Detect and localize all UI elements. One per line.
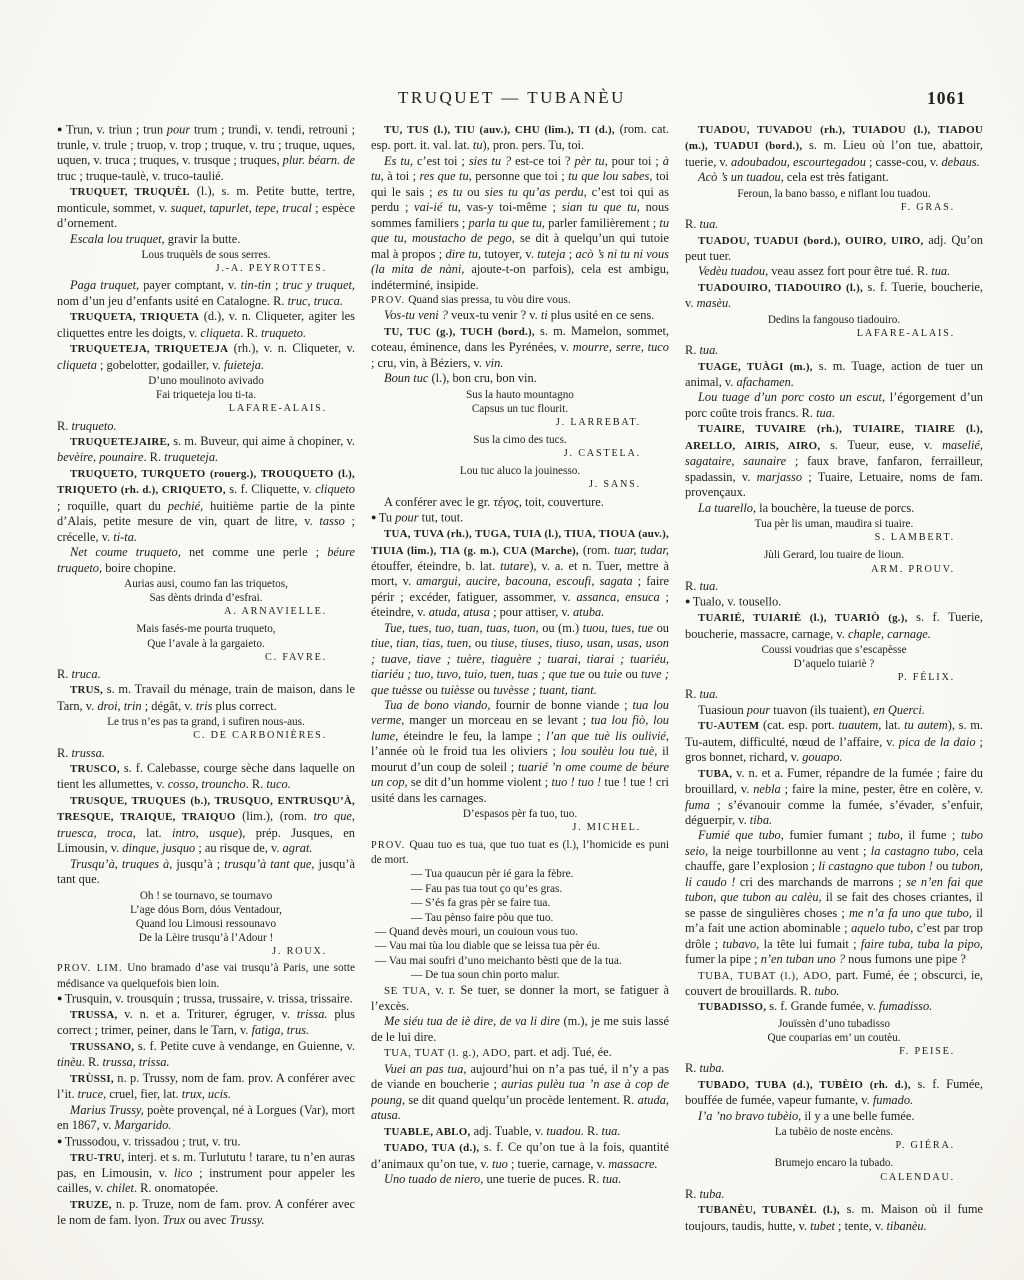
verse-line: Sus la hauto mountagno: [371, 388, 669, 402]
example-paragraph: Marius Trussy, poète provençal, né à Lor…: [57, 1103, 355, 1134]
headword: TRUQUETEJAIRE,: [70, 436, 170, 448]
dictionary-entry: TUADO, TUA (d.), s. f. Ce qu’on tue à la…: [371, 1140, 669, 1172]
verse-line: Jùli Gerard, lou tuaire de lioun.: [685, 548, 983, 562]
verse-line: Oh ! se tournavo, se tournavo: [57, 889, 355, 903]
dictionary-entry: TRUSQUE, TRUQUES (b.), TRUSQUO, ENTRUSQU…: [57, 793, 355, 857]
dictionary-entry: TUBADISSO, s. f. Grande fumée, v. fumadi…: [685, 999, 983, 1015]
dictionary-entry: TU, TUC (g.), TUCH (bord.), s. m. Mamelo…: [371, 324, 669, 371]
citation-author: J. ROUX.: [57, 945, 355, 961]
example-paragraph: Net coume truqueto, net comme une perle …: [57, 545, 355, 576]
citation-author: LAFARE-ALAIS.: [685, 327, 983, 343]
proverb-item: — De tua soun chin porto malur.: [371, 968, 669, 982]
example-paragraph: Boun tuc (l.), bon cru, bon vin.: [371, 371, 669, 386]
dictionary-entry: TUABLE, ABLO, adj. Tuable, v. tuadou. R.…: [371, 1124, 669, 1140]
column-2: TU, TUS (l.), TIU (auv.), CHU (lim.), TI…: [371, 122, 669, 1232]
cross-reference-note: ● Trun, v. triun ; trun pour trum ; trun…: [57, 122, 355, 184]
verse-quote: Sus la hauto mountagnoCapsus un tuc flou…: [371, 387, 669, 416]
verse-line: Que couparias em’ un coutèu.: [685, 1031, 983, 1045]
proverb-paragraph: PROV. Quau tuo es tua, que tuo tuat es (…: [371, 838, 669, 868]
verse-line: Dedins la fangouso tiadouiro.: [685, 313, 983, 327]
verse-line: La tubèio de noste encèns.: [685, 1125, 983, 1139]
etymology-ref: R. truqueto.: [57, 419, 355, 434]
dictionary-entry: TRUQUETO, TURQUETO (rouerg.), TROUQUETO …: [57, 466, 355, 545]
bullet-icon: ●: [57, 993, 65, 1003]
proverb-item: — Tua quaucun pèr ié gara la fèbre.: [371, 867, 669, 881]
verse-quote: Feroun, la bano basso, e niflant lou tua…: [685, 186, 983, 201]
headword: TRUSSANO,: [70, 1041, 134, 1053]
verse-line: Coussi voudrias que s’escapèsse: [685, 643, 983, 657]
column-1: ● Trun, v. triun ; trun pour trum ; trun…: [57, 122, 355, 1232]
cross-reference-note: ● Trusquin, v. trousquin ; trussa, truss…: [57, 991, 355, 1007]
cross-reference-note: ● Tsasquioun, v. chascun ; tsaudre, v. c…: [57, 1229, 355, 1232]
citation-author: A. ARNAVIELLE.: [57, 605, 355, 621]
headword: TUADO, TUA (d.),: [384, 1142, 479, 1154]
etymology-ref: R. tua.: [685, 687, 983, 702]
proverb-item: — Vau mai tùa lou diable que se leissa t…: [371, 939, 669, 953]
example-paragraph: Lou tuage d’un porc costo un escut, l’ég…: [685, 390, 983, 421]
example-paragraph: Escala lou truquet, gravir la butte.: [57, 232, 355, 247]
headword: TUBA,: [698, 768, 732, 780]
dictionary-entry: TUBANÈU, TUBANÈL (l.), s. m. Maison où i…: [685, 1202, 983, 1232]
headword: TUBA, TUBAT (l.), ADO,: [698, 970, 832, 982]
headword: TU-AUTEM: [698, 720, 759, 732]
etymology-ref: R. tua.: [685, 343, 983, 358]
citation-author: P. GIÉRA.: [685, 1139, 983, 1155]
dictionary-subentry: SE TUA, v. r. Se tuer, se donner la mort…: [371, 983, 669, 1015]
verse-quote: Sus la cimo des tucs.: [371, 432, 669, 447]
citation-author: F. GRAS.: [685, 201, 983, 217]
example-paragraph: La tuarello, la bouchère, la tueuse de p…: [685, 501, 983, 516]
headword: TUBADO, TUBA (d.), TUBÈIO (rh. d.),: [698, 1079, 911, 1091]
example-paragraph: Es tu, c’est toi ; sies tu ? est-ce toi …: [371, 154, 669, 293]
citation-author: P. FÉLIX.: [685, 671, 983, 687]
headword: TRÙSSI,: [70, 1073, 114, 1085]
verse-quote: Jouïssèn d’uno tubadissoQue couparias em…: [685, 1016, 983, 1045]
citation-author: J. SANS.: [371, 478, 669, 494]
example-paragraph: I’a ’no bravo tubèio, il y a une belle f…: [685, 1109, 983, 1124]
proverb-item: — Quand devès mouri, un couioun vous tuo…: [371, 925, 669, 939]
citation-author: C. DE CARBONIÈRES.: [57, 729, 355, 745]
verse-quote: Lous truquèls de sous serres.: [57, 247, 355, 262]
cross-reference-note: ● Trussodou, v. trissadou ; trut, v. tru…: [57, 1134, 355, 1150]
verse-line: Feroun, la bano basso, e niflant lou tua…: [685, 187, 983, 201]
dictionary-entry: TU, TUS (l.), TIU (auv.), CHU (lim.), TI…: [371, 122, 669, 154]
headword: TRUSSA,: [70, 1009, 117, 1021]
etymology-ref: R. tuba.: [685, 1187, 983, 1202]
proverb-item: — S’és fa gras pèr se faire tua.: [371, 896, 669, 910]
verse-line: D’aquelo tuiariè ?: [685, 657, 983, 671]
dash-icon: —: [411, 868, 425, 880]
verse-line: D’uno moulinoto avivado: [57, 374, 355, 388]
dictionary-entry: TUBA, v. n. et a. Fumer, répandre de la …: [685, 766, 983, 829]
dictionary-entry: TU-AUTEM (cat. esp. port. tuautem, lat. …: [685, 718, 983, 765]
citation-author: J.-A. PEYROTTES.: [57, 262, 355, 278]
dictionary-entry: TUADOU, TUADUI (bord.), OUIRO, UIRO, adj…: [685, 233, 983, 265]
example-paragraph: Uno tuado de niero, une tuerie de puces.…: [371, 1172, 669, 1187]
headword: TRUQUET, TRUQUÈL: [70, 186, 190, 198]
dictionary-entry: TRUS, s. m. Travail du ménage, train de …: [57, 682, 355, 714]
verse-quote: Coussi voudrias que s’escapèsseD’aquelo …: [685, 642, 983, 671]
example-paragraph: Acò ’s un tuadou, cela est très fatigant…: [685, 170, 983, 185]
dash-icon: —: [411, 883, 425, 895]
verse-quote: D’espasos pèr fa tuo, tuo.: [371, 806, 669, 821]
verse-line: Tua pèr lis uman, maudira si tuaire.: [685, 517, 983, 531]
headword: TUADOU, TUADUI (bord.), OUIRO, UIRO,: [698, 235, 923, 247]
dash-icon: —: [411, 912, 425, 924]
verse-quote: Oh ! se tournavo, se tournavoL’age dóus …: [57, 888, 355, 945]
citation-author: ARM. PROUV.: [685, 563, 983, 579]
prov-label: PROV.: [371, 295, 405, 306]
etymology-ref: R. tuba.: [685, 1061, 983, 1076]
dictionary-page: TRUQUET — TUBANÈU 1061 ● Trun, v. triun …: [0, 0, 1024, 1280]
verse-line: Lou tuc aluco la jouinesso.: [371, 464, 669, 478]
dictionary-entry: TUADOUIRO, TIADOUIRO (l.), s. f. Tuerie,…: [685, 280, 983, 312]
dash-icon: —: [375, 940, 389, 952]
headword: TRU-TRU,: [70, 1152, 124, 1164]
verse-quote: Lou tuc aluco la jouinesso.: [371, 463, 669, 478]
headword: TUADOUIRO, TIADOUIRO (l.),: [698, 282, 863, 294]
proverb-item: — Fau pas tua tout ço qu’es gras.: [371, 882, 669, 896]
citation-author: S. LAMBERT.: [685, 531, 983, 547]
verse-line: Aurias ausi, coumo fan las triquetos,: [57, 577, 355, 591]
example-paragraph: Tuasioun pour tuavon (ils tuaient), en Q…: [685, 703, 983, 718]
proverb-paragraph: PROV. LIM. Uno bramado d’ase vai trusqu’…: [57, 961, 355, 991]
headword: TUA, TUAT (l. g.), ADO,: [384, 1047, 511, 1059]
verse-quote: Le trus n’es pas ta grand, i sufiren nou…: [57, 714, 355, 729]
verse-line: Capsus un tuc flourit.: [371, 402, 669, 416]
etymology-ref: R. truca.: [57, 667, 355, 682]
example-paragraph: Trusqu’à, truques à, jusqu’à ; trusqu’à …: [57, 857, 355, 888]
dictionary-entry: TRUSCO, s. f. Calebasse, courge sèche da…: [57, 761, 355, 793]
dash-icon: —: [375, 926, 389, 938]
prov-label: PROV. LIM.: [57, 963, 123, 974]
bullet-icon: ●: [57, 1136, 65, 1146]
headword: TRUSCO,: [70, 763, 120, 775]
example-paragraph: Tua de bono viando, fournir de bonne via…: [371, 698, 669, 806]
etymology-ref: R. tua.: [685, 217, 983, 232]
headword: TUAGE, TUÀGI (m.),: [698, 361, 813, 373]
dictionary-entry: TUAGE, TUÀGI (m.), s. m. Tuage, action d…: [685, 359, 983, 391]
verse-quote: Jùli Gerard, lou tuaire de lioun.: [685, 547, 983, 562]
dictionary-entry: TRU-TRU, interj. et s. m. Turlututu ! ta…: [57, 1150, 355, 1197]
column-3: TUADOU, TUVADOU (rh.), TUIADOU (l.), TIA…: [685, 122, 983, 1232]
verse-quote: Dedins la fangouso tiadouiro.: [685, 312, 983, 327]
dictionary-entry: TUARIÉ, TUIARIÈ (l.), TUARIÒ (g.), s. f.…: [685, 610, 983, 642]
page-header: TRUQUET — TUBANÈU 1061: [0, 88, 1024, 114]
verse-line: Sus la cimo des tucs.: [371, 433, 669, 447]
bullet-icon: ●: [371, 512, 379, 522]
dictionary-entry: TRÙSSI, n. p. Trussy, nom de fam. prov. …: [57, 1071, 355, 1103]
dictionary-entry: TRUSSANO, s. f. Petite cuve à vendange, …: [57, 1039, 355, 1071]
verse-quote: Aurias ausi, coumo fan las triquetos,Sas…: [57, 576, 355, 605]
cross-reference-note: ● Tualo, v. tousello.: [685, 594, 983, 610]
citation-author: J. CASTELA.: [371, 447, 669, 463]
citation-author: F. PEISE.: [685, 1045, 983, 1061]
verse-line: Fai triqueteja lou ti-ta.: [57, 388, 355, 402]
dictionary-entry: TUADOU, TUVADOU (rh.), TUIADOU (l.), TIA…: [685, 122, 983, 170]
cross-reference-note: ● Tu pour tut, tout.: [371, 510, 669, 526]
example-paragraph: Paga truquet, payer comptant, v. tin-tin…: [57, 278, 355, 309]
headword: TRUZE,: [70, 1199, 112, 1211]
verse-line: D’espasos pèr fa tuo, tuo.: [371, 807, 669, 821]
verse-line: Que l’avale à la gargaieto.: [57, 637, 355, 651]
dictionary-entry: TRUQUETEJA, TRIQUETEJA (rh.), v. n. Cliq…: [57, 341, 355, 373]
dictionary-entry: TRUZE, n. p. Truze, nom de fam. prov. A …: [57, 1197, 355, 1229]
dictionary-entry: TRUQUETA, TRIQUETA (d.), v. n. Cliqueter…: [57, 309, 355, 341]
headword: SE TUA,: [384, 985, 430, 997]
proverb-item: — Tau pènso faire pòu que tuo.: [371, 911, 669, 925]
verse-quote: Brumejo encaro la tubado.: [685, 1155, 983, 1170]
verse-quote: Tua pèr lis uman, maudira si tuaire.: [685, 516, 983, 531]
example-paragraph: Fumié que tubo, fumier fumant ; tubo, il…: [685, 828, 983, 967]
verse-line: Jouïssèn d’uno tubadisso: [685, 1017, 983, 1031]
citation-author: CALENDAU.: [685, 1171, 983, 1187]
running-title: TRUQUET — TUBANÈU: [0, 88, 1024, 108]
headword: TU, TUS (l.), TIU (auv.), CHU (lim.), TI…: [384, 124, 615, 136]
dictionary-entry: TRUQUET, TRUQUÈL (l.), s. m. Petite butt…: [57, 184, 355, 231]
headword: TUBADISSO,: [698, 1001, 766, 1013]
proverb-paragraph: PROV. Quand sias pressa, tu vòu dire vou…: [371, 293, 669, 308]
prov-label: PROV.: [371, 840, 405, 851]
headword: TUARIÉ, TUIARIÈ (l.), TUARIÒ (g.),: [698, 612, 908, 624]
verse-line: Quand lou Limousi ressounavo: [57, 917, 355, 931]
example-paragraph: Vos-tu veni ? veux-tu venir ? v. ti plus…: [371, 308, 669, 323]
text-columns: ● Trun, v. triun ; trun pour trum ; trun…: [57, 122, 983, 1232]
dash-icon: —: [375, 955, 389, 967]
verse-line: Mais fasés-me pourta truqueto,: [57, 622, 355, 636]
example-paragraph: Me siéu tua de iè dire, de va li dire (m…: [371, 1014, 669, 1045]
example-paragraph: Vedèu tuadou, veau assez fort pour être …: [685, 264, 983, 279]
citation-author: J. MICHEL.: [371, 821, 669, 837]
dictionary-subentry: TUA, TUAT (l. g.), ADO, part. et adj. Tu…: [371, 1045, 669, 1061]
citation-author: LAFARE-ALAIS.: [57, 402, 355, 418]
verse-line: L’age dóus Born, dóus Ventadour,: [57, 903, 355, 917]
dictionary-subentry: TUBA, TUBAT (l.), ADO, part. Fumé, ée ; …: [685, 968, 983, 1000]
verse-line: De la Lèire trusqu’à l’Adour !: [57, 931, 355, 945]
verse-quote: La tubèio de noste encèns.: [685, 1124, 983, 1139]
example-paragraph: A conférer avec le gr. τέγος, toit, couv…: [371, 495, 669, 510]
dictionary-entry: TUAIRE, TUVAIRE (rh.), TUIAIRE, TIAIRE (…: [685, 421, 983, 500]
example-paragraph: Vuei an pas tua, aujourd’hui on n’a pas …: [371, 1062, 669, 1124]
proverb-item: — Vau mai soufri d’uno meichanto bèsti q…: [371, 954, 669, 968]
etymology-ref: R. tua.: [685, 579, 983, 594]
verse-line: Lous truquèls de sous serres.: [57, 248, 355, 262]
example-paragraph: Tue, tues, tuo, tuan, tuas, tuon, ou (m.…: [371, 621, 669, 698]
citation-author: C. FAVRE.: [57, 651, 355, 667]
dictionary-entry: TUBADO, TUBA (d.), TUBÈIO (rh. d.), s. f…: [685, 1077, 983, 1109]
dictionary-entry: TUA, TUVA (rh.), TUGA, TUIA (l.), TIUA, …: [371, 526, 669, 621]
verse-line: Sas dènts drinda d’esfrai.: [57, 591, 355, 605]
headword: TRUS,: [70, 684, 103, 696]
headword: TRUQUETEJA, TRIQUETEJA: [70, 343, 228, 355]
verse-line: Le trus n’es pas ta grand, i sufiren nou…: [57, 715, 355, 729]
verse-quote: D’uno moulinoto avivadoFai triqueteja lo…: [57, 373, 355, 402]
bullet-icon: ●: [57, 124, 66, 134]
dash-icon: —: [411, 897, 425, 909]
headword: TRUQUETA, TRIQUETA: [70, 311, 199, 323]
headword: TUBANÈU, TUBANÈL (l.),: [698, 1204, 840, 1216]
headword: TUABLE, ABLO,: [384, 1126, 470, 1138]
verse-quote: Mais fasés-me pourta truqueto,Que l’aval…: [57, 621, 355, 650]
citation-author: J. LARREBAT.: [371, 416, 669, 432]
bullet-icon: ●: [57, 1231, 69, 1232]
dictionary-entry: TRUQUETEJAIRE, s. m. Buveur, qui aime à …: [57, 434, 355, 466]
verse-line: Brumejo encaro la tubado.: [685, 1156, 983, 1170]
page-number: 1061: [927, 88, 966, 109]
headword: TU, TUC (g.), TUCH (bord.),: [384, 326, 535, 338]
bullet-icon: ●: [685, 596, 693, 606]
dash-icon: —: [411, 969, 425, 981]
etymology-ref: R. trussa.: [57, 746, 355, 761]
dictionary-entry: TRUSSA, v. n. et a. Triturer, égruger, v…: [57, 1007, 355, 1039]
